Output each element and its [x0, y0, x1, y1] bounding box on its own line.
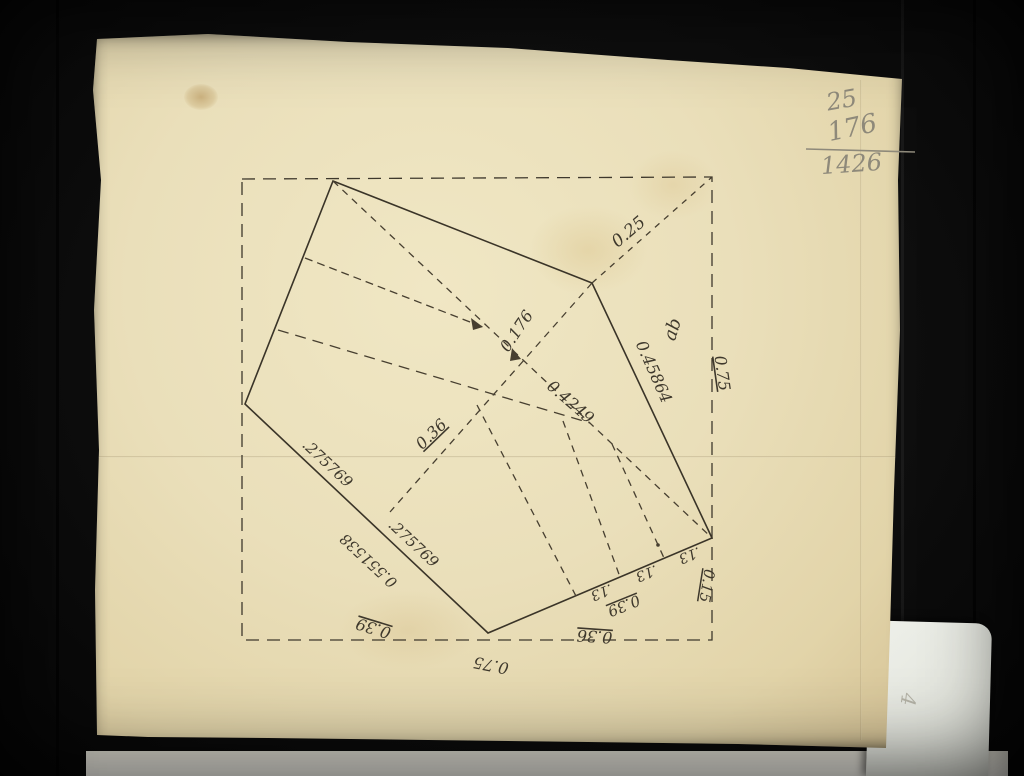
- measurement-label: 0.36: [412, 415, 451, 453]
- measurement-label: .13: [588, 580, 615, 603]
- measurement-label: 0.25: [608, 212, 650, 252]
- diagonal-to-corner-line: [592, 177, 712, 283]
- steep-line-1: [477, 405, 577, 598]
- measurement-label: 0.4249: [543, 376, 598, 427]
- construction-lines: [278, 177, 712, 598]
- measurement-label: 0.75: [472, 653, 511, 678]
- measurement-label: 0.75: [711, 354, 735, 392]
- measurement-label: .13: [676, 543, 703, 566]
- measurement-label: 0.15: [695, 568, 718, 604]
- shallow-line-lower: [278, 330, 590, 423]
- measurement-label: 0.551538: [336, 530, 401, 592]
- measurement-label: 0.39: [354, 614, 394, 643]
- steep-line-2: [563, 421, 620, 577]
- measurement-label: 0.36: [576, 626, 613, 647]
- pencil-note-text: 1426: [820, 148, 883, 180]
- arrowhead-icon: [471, 318, 483, 330]
- tick-dot: [656, 543, 660, 547]
- measurement-label: 0.45864: [632, 338, 676, 406]
- shallow-line-upper: [305, 258, 483, 327]
- arrow-marks: [471, 318, 660, 547]
- steep-line-3: [612, 444, 664, 558]
- measurement-label: .13: [633, 561, 660, 584]
- measurement-label: 0.176: [496, 307, 537, 356]
- measurement-label: ab: [659, 316, 686, 343]
- geometric-survey-drawing: 2517614260.25ab0.458640.750.1760.42490.3…: [0, 0, 1024, 776]
- measurement-labels: 2517614260.25ab0.458640.750.1760.42490.3…: [299, 84, 883, 678]
- scanned-document-photo: 4 2517614: [0, 0, 1024, 776]
